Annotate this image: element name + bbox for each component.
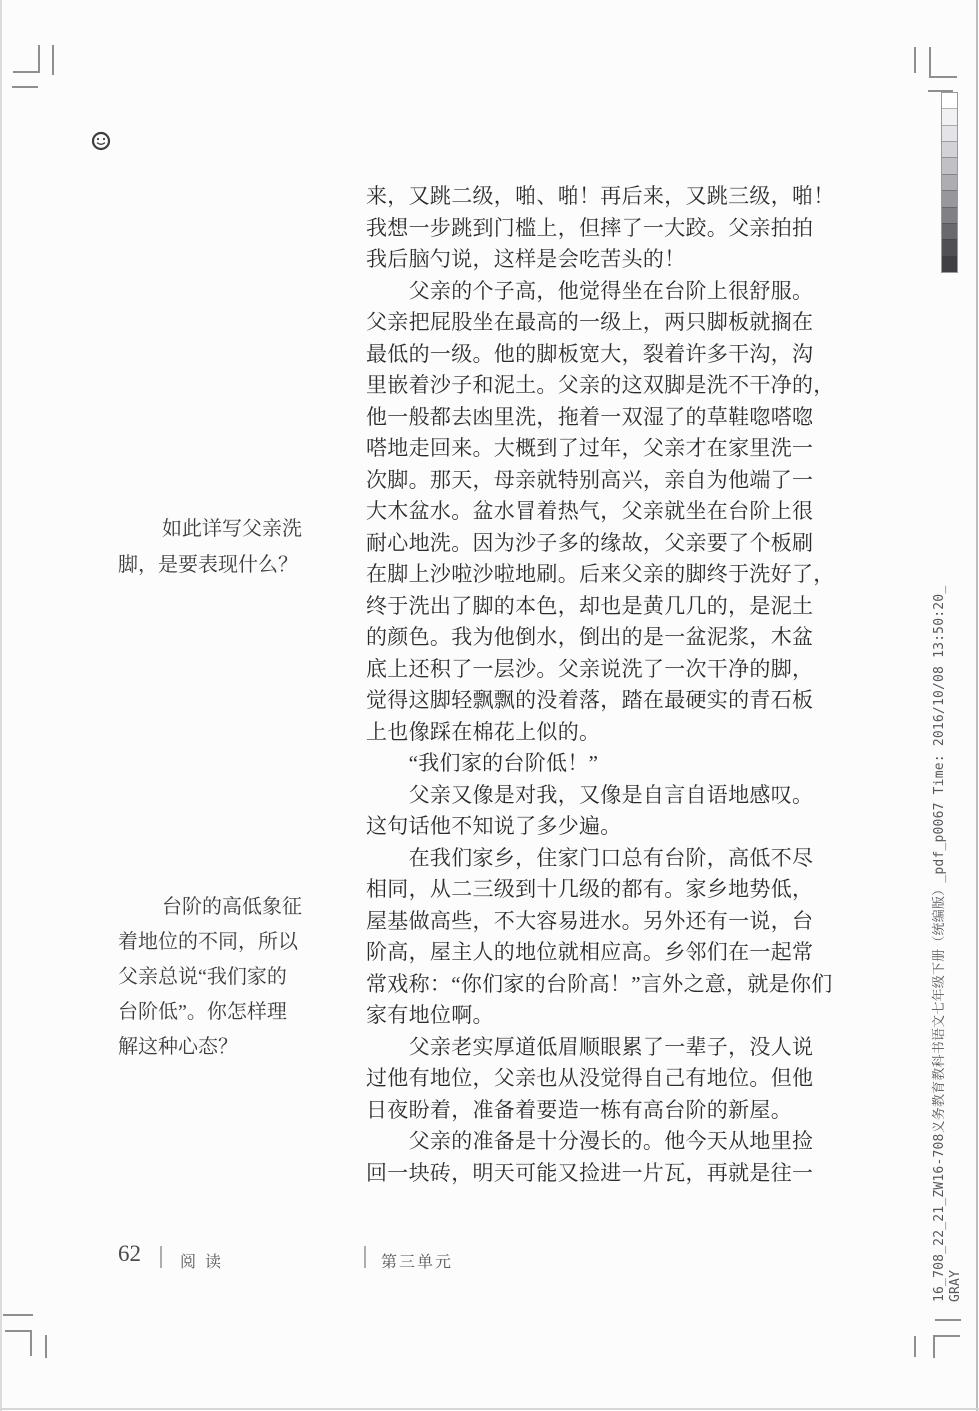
registration-mark xyxy=(13,71,40,73)
registration-mark xyxy=(3,1314,33,1316)
grayscale-step xyxy=(942,207,957,223)
body-text-line: 在我们家乡，住家门口总有台阶，高低不尽 xyxy=(366,843,818,875)
body-text-line: “我们家的台阶低！” xyxy=(366,748,818,780)
body-text-line: 大木盆水。盆水冒着热气，父亲就坐在台阶上很 xyxy=(366,496,818,528)
footer-divider xyxy=(364,1246,366,1268)
body-text-line: 父亲把屁股坐在最高的一级上，两只脚板就搁在 xyxy=(366,307,818,339)
margin-note-line: 台阶低”。你怎样理 xyxy=(118,995,308,1030)
scan-edge-right xyxy=(976,0,978,1411)
scan-edge-left xyxy=(0,0,2,1411)
registration-mark xyxy=(45,1335,47,1358)
body-text-line: 父亲又像是对我，又像是自言自语地感叹。 xyxy=(366,780,818,812)
body-text-line: 父亲的准备是十分漫长的。他今天从地里捡 xyxy=(366,1126,818,1158)
registration-mark xyxy=(5,1330,31,1332)
body-text-line: 屋基做高些，不大容易进水。另外还有一说，台 xyxy=(366,906,818,938)
body-text-line: 上也像踩在棉花上似的。 xyxy=(366,717,818,749)
body-text-line: 耐心地洗。因为沙子多的缘故，父亲要了个板刷 xyxy=(366,528,818,560)
body-text-line: 这句话他不知说了多少遍。 xyxy=(366,811,818,843)
margin-note-line: 如此详写父亲洗 xyxy=(118,511,308,547)
body-text-line: 终于洗出了脚的本色，却也是黄几几的，是泥土 xyxy=(366,591,818,623)
scan-edge-bottom xyxy=(0,1408,979,1410)
registration-mark xyxy=(12,86,38,88)
body-text-line: 在脚上沙啦沙啦地刷。后来父亲的脚终于洗好了， xyxy=(366,559,818,591)
footer-unit-label: 第三单元 xyxy=(381,1249,453,1272)
body-text-line: 里嵌着沙子和泥土。父亲的这双脚是洗不干净的， xyxy=(366,370,818,402)
grayscale-step xyxy=(942,223,957,239)
registration-mark xyxy=(914,1336,916,1357)
body-text-line: 嗒地走回来。大概到了过年，父亲才在家里洗一 xyxy=(366,433,818,465)
body-text-line: 常戏称：“你们家的台阶高！”言外之意，就是你们 xyxy=(366,969,818,1001)
body-text-line: 的颜色。我为他倒水，倒出的是一盆泥浆，木盆 xyxy=(366,622,818,654)
registration-mark xyxy=(929,47,931,78)
margin-note-washing-feet: 如此详写父亲洗 脚，是要表现什么？ xyxy=(118,511,308,583)
grayscale-step xyxy=(942,256,957,272)
margin-note-line: 脚，是要表现什么？ xyxy=(118,547,308,583)
grayscale-step xyxy=(942,141,957,157)
body-text-line: 我后脑勺说，这样是会吃苦头的！ xyxy=(366,244,818,276)
grayscale-step xyxy=(942,93,957,108)
page-number: 62 xyxy=(118,1241,141,1267)
footer-divider xyxy=(160,1246,162,1268)
registration-mark xyxy=(933,1335,960,1337)
margin-note-line: 父亲总说“我们家的 xyxy=(118,960,308,995)
registration-mark xyxy=(935,1319,961,1321)
registration-mark xyxy=(914,47,916,73)
registration-mark xyxy=(933,1335,935,1358)
footer-section-label: 阅读 xyxy=(180,1249,230,1272)
body-text-line: 最低的一级。他的脚板宽大，裂着许多干沟，沟 xyxy=(366,339,818,371)
scanned-textbook-page: 来，又跳二级，啪、啪！再后来，又跳三级，啪！ 我想一步跳到门槛上，但摔了一大跤。… xyxy=(0,0,979,1411)
body-text-line: 次脚。那天，母亲就特别高兴，亲自为他端了一 xyxy=(366,465,818,497)
body-text-line: 他一般都去凼里洗，拖着一双湿了的草鞋唿嗒唿 xyxy=(366,402,818,434)
margin-note-line: 解这种心态？ xyxy=(118,1030,308,1065)
press-slug-line-2: GRAY xyxy=(948,626,964,1302)
body-text-line: 父亲老实厚道低眉顺眼累了一辈子，没人说 xyxy=(366,1032,818,1064)
body-text-line: 家有地位啊。 xyxy=(366,1000,818,1032)
grayscale-step xyxy=(942,125,957,141)
body-text-line: 日夜盼着，准备着要造一栋有高台阶的新屋。 xyxy=(366,1095,818,1127)
body-text-line: 来，又跳二级，啪、啪！再后来，又跳三级，啪！ xyxy=(366,181,818,213)
grayscale-step xyxy=(942,190,957,206)
press-slug-line-1: 16_708_22_21_ZW16-708义务教育教科书语文七年级下册（统编版）… xyxy=(932,626,948,1302)
body-text-line: 觉得这脚轻飘飘的没着落，踏在最硬实的青石板 xyxy=(366,685,818,717)
grayscale-step xyxy=(942,239,957,255)
margin-note-steps-status: 台阶的高低象征 着地位的不同，所以 父亲总说“我们家的 台阶低”。你怎样理 解这… xyxy=(118,890,308,1065)
registration-mark xyxy=(38,45,40,73)
body-text-line: 过他有地位，父亲也从没觉得自己有地位。但他 xyxy=(366,1063,818,1095)
registration-mark xyxy=(52,45,54,75)
grayscale-calibration-strip xyxy=(941,92,958,273)
article-body: 来，又跳二级，啪、啪！再后来，又跳三级，啪！ 我想一步跳到门槛上，但摔了一大跤。… xyxy=(366,181,818,1189)
body-text-line: 阶高，屋主人的地位就相应高。乡邻们在一起常 xyxy=(366,937,818,969)
press-slug-text: 16_708_22_21_ZW16-708义务教育教科书语文七年级下册（统编版）… xyxy=(932,626,964,1302)
smiley-face-icon xyxy=(91,131,111,156)
grayscale-step xyxy=(942,157,957,173)
body-text-line: 父亲的个子高，他觉得坐在台阶上很舒服。 xyxy=(366,276,818,308)
margin-note-line: 着地位的不同，所以 xyxy=(118,925,308,960)
registration-mark xyxy=(30,1330,32,1356)
grayscale-step xyxy=(942,108,957,124)
body-text-line: 我想一步跳到门槛上，但摔了一大跤。父亲拍拍 xyxy=(366,213,818,245)
body-text-line: 底上还积了一层沙。父亲说洗了一次干净的脚， xyxy=(366,654,818,686)
grayscale-step xyxy=(942,174,957,190)
registration-mark xyxy=(929,76,957,78)
body-text-line: 回一块砖，明天可能又捡进一片瓦，再就是往一 xyxy=(366,1158,818,1190)
body-text-line: 相同，从二三级到十几级的都有。家乡地势低， xyxy=(366,874,818,906)
margin-note-line: 台阶的高低象征 xyxy=(118,890,308,925)
